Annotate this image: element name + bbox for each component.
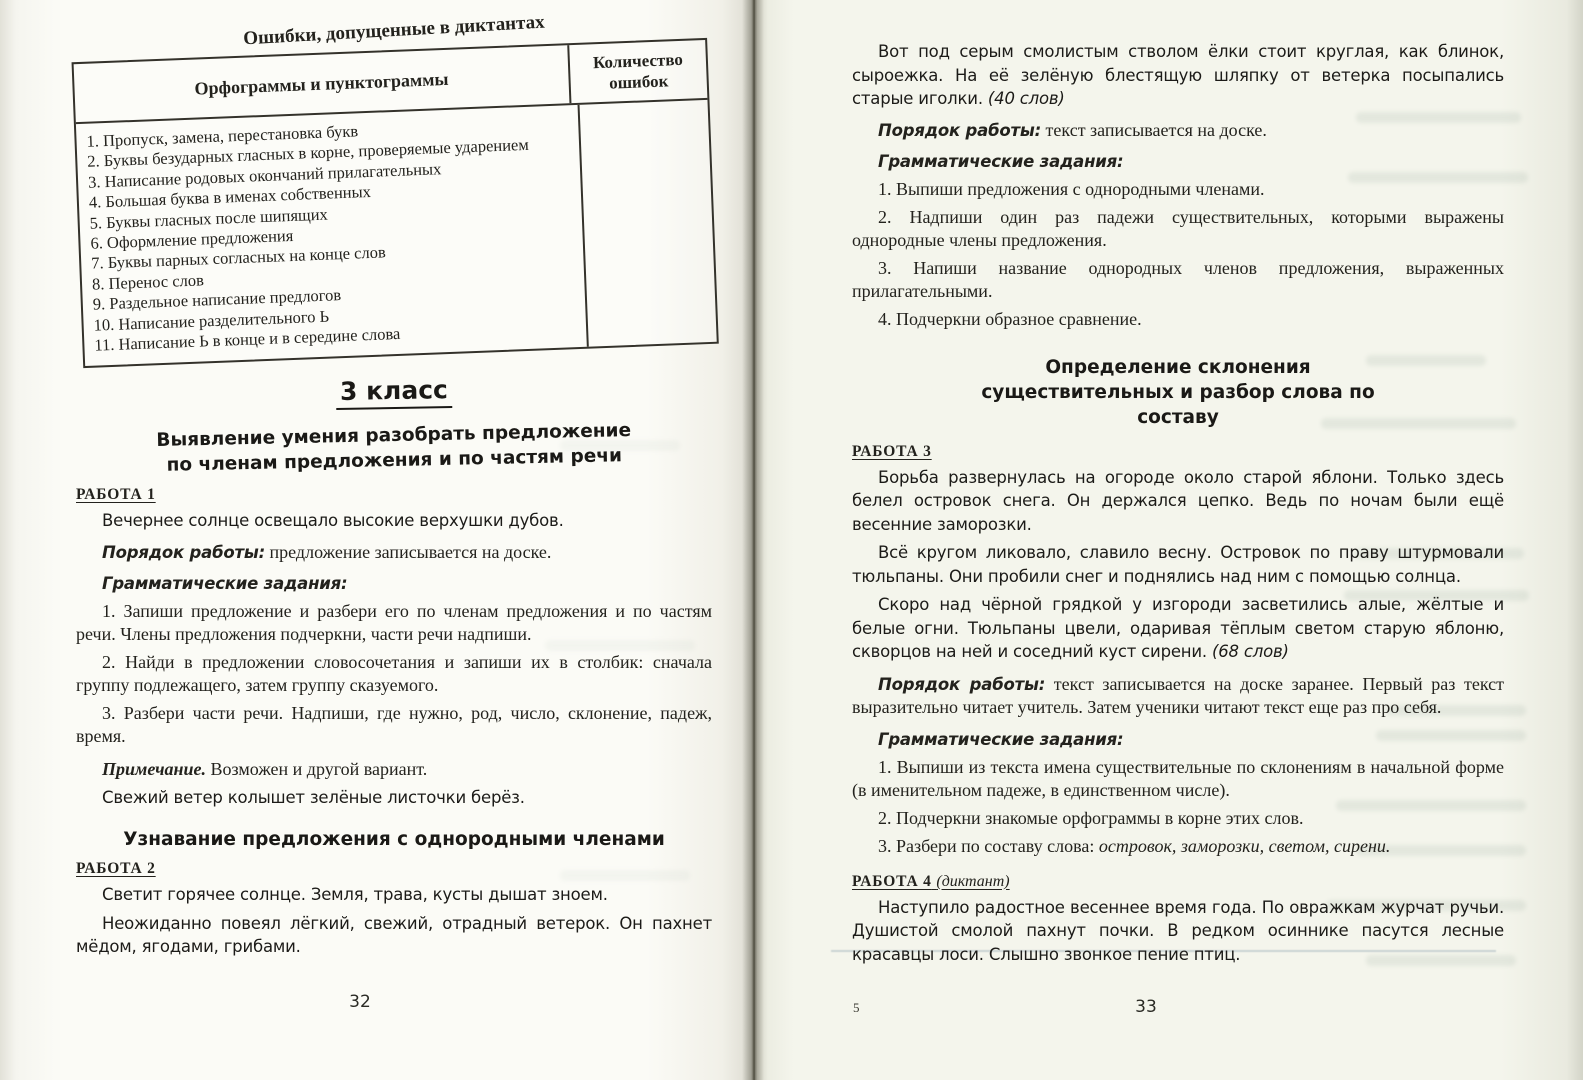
tasks-label: Грамматические задания: — [878, 152, 1123, 171]
work3-label: РАБОТА 3 — [852, 443, 1504, 461]
order-label: Порядок работы: — [102, 543, 265, 562]
work4-label-main: РАБОТА 4 — [852, 873, 932, 890]
work3-order: Порядок работы: текст записывается на до… — [852, 673, 1504, 719]
work2-para: Неожиданно повеял лёгкий, свежий, отрадн… — [76, 912, 712, 959]
left-page-content: Ошибки, допущенные в диктантах Орфограмм… — [76, 14, 712, 964]
block1-task: 3. Напиши название однородных членов пре… — [852, 257, 1504, 303]
task-prefix: 3. Разбери по составу слова: — [878, 836, 1094, 856]
work1-label: РАБОТА 1 — [76, 486, 712, 504]
work1-tasks-label: Грамматические задания: — [76, 572, 712, 595]
work1-label-text: РАБОТА 1 — [76, 486, 156, 503]
work3-task: 1. Выпиши из текста имена существительны… — [852, 756, 1504, 802]
section1-heading: Выявление умения разобрать предложение п… — [144, 418, 645, 478]
errors-table-list: 1. Пропуск, замена, перестановка букв 2.… — [76, 105, 587, 367]
order-label: Порядок работы: — [878, 121, 1041, 140]
work4-label: РАБОТА 4 (диктант) — [852, 873, 1504, 891]
order-text: предложение записывается на доске. — [270, 542, 552, 562]
class-heading-text: 3 класс — [336, 375, 452, 410]
section2-heading: Узнавание предложения с однородными член… — [76, 827, 712, 852]
block1-tasks-label: Грамматические задания: — [852, 150, 1504, 173]
dictation-text: Вот под серым смолистым стволом ёлки сто… — [852, 42, 1504, 108]
block1-task: 2. Надпиши один раз падежи существительн… — [852, 206, 1504, 252]
work3-label-text: РАБОТА 3 — [852, 443, 932, 460]
left-page: Ошибки, допущенные в диктантах Орфограмм… — [0, 0, 752, 1080]
dictation-text: Скоро над чёрной грядкой у изгороди засв… — [852, 595, 1504, 661]
word-count: (40 слов) — [988, 89, 1065, 108]
class-heading: 3 класс — [76, 376, 712, 409]
work1-task: 2. Найди в предложении словосочетания и … — [76, 651, 712, 697]
work1-task: 3. Разбери части речи. Надпиши, где нужн… — [76, 702, 712, 748]
book-gutter — [742, 0, 764, 1080]
work3-task: 2. Подчеркни знакомые орфограммы в корне… — [852, 807, 1504, 830]
left-page-number: 32 — [60, 992, 660, 1012]
work3-task: 3. Разбери по составу слова: островок, з… — [852, 835, 1504, 858]
word-count: (68 слов) — [1212, 642, 1289, 661]
tasks-label: Грамматические задания: — [878, 730, 1123, 749]
order-text: текст записывается на доске. — [1046, 120, 1267, 140]
book-spread: Ошибки, допущенные в диктантах Орфограмм… — [0, 0, 1583, 1080]
block1-dictation: Вот под серым смолистым стволом ёлки сто… — [852, 40, 1504, 111]
work3-dictation-para: Борьба развернулась на огороде около ста… — [852, 466, 1504, 537]
work4-dictation: Наступило радостное весеннее время года.… — [852, 896, 1504, 967]
tasks-label: Грамматические задания: — [102, 574, 347, 593]
work3-tasks-label: Грамматические задания: — [852, 728, 1504, 751]
block1-task: 1. Выпиши предложения с однородными член… — [852, 178, 1504, 201]
work2-label: РАБОТА 2 — [76, 860, 712, 878]
errors-table: Орфограммы и пунктограммы Количество оши… — [72, 38, 719, 369]
work4-label-text: РАБОТА 4 (диктант) — [852, 873, 1010, 890]
right-page: Вот под серым смолистым стволом ёлки сто… — [756, 0, 1583, 1080]
task-italic-words: островок, заморозки, светом, сирени. — [1099, 836, 1390, 856]
note-label: Примечание. — [102, 759, 206, 779]
block1-task: 4. Подчеркни образное сравнение. — [852, 308, 1504, 331]
work4-label-suffix: (диктант) — [936, 873, 1009, 890]
work1-note-sentence: Свежий ветер колышет зелёные листочки бе… — [76, 786, 712, 810]
work2-para: Светит горячее солнце. Земля, трава, кус… — [76, 883, 712, 907]
signature-mark: 5 — [853, 1000, 860, 1016]
order-label: Порядок работы: — [878, 675, 1045, 694]
right-page-content: Вот под серым смолистым стволом ёлки сто… — [852, 40, 1504, 971]
work1-task: 1. Запиши предложение и разбери его по ч… — [76, 600, 712, 646]
block1-order: Порядок работы: текст записывается на до… — [852, 119, 1504, 142]
right-page-number: 33 — [846, 997, 1446, 1017]
work3-dictation-para: Всё кругом ликовало, славило весну. Остр… — [852, 541, 1504, 588]
errors-table-col2-header: Количество ошибок — [567, 40, 707, 103]
work1-sentence: Вечернее солнце освещало высокие верхушк… — [76, 509, 712, 533]
note-text: Возможен и другой вариант. — [211, 759, 428, 779]
work2-label-text: РАБОТА 2 — [76, 860, 156, 877]
work1-order: Порядок работы: предложение записывается… — [76, 541, 712, 564]
work1-note: Примечание. Возможен и другой вариант. — [76, 758, 712, 781]
errors-table-body: 1. Пропуск, замена, перестановка букв 2.… — [76, 100, 717, 367]
work3-dictation-para: Скоро над чёрной грядкой у изгороди засв… — [852, 593, 1504, 664]
errors-table-count-column — [578, 100, 717, 347]
section3-heading: Определение склонения существительных и … — [948, 355, 1408, 430]
